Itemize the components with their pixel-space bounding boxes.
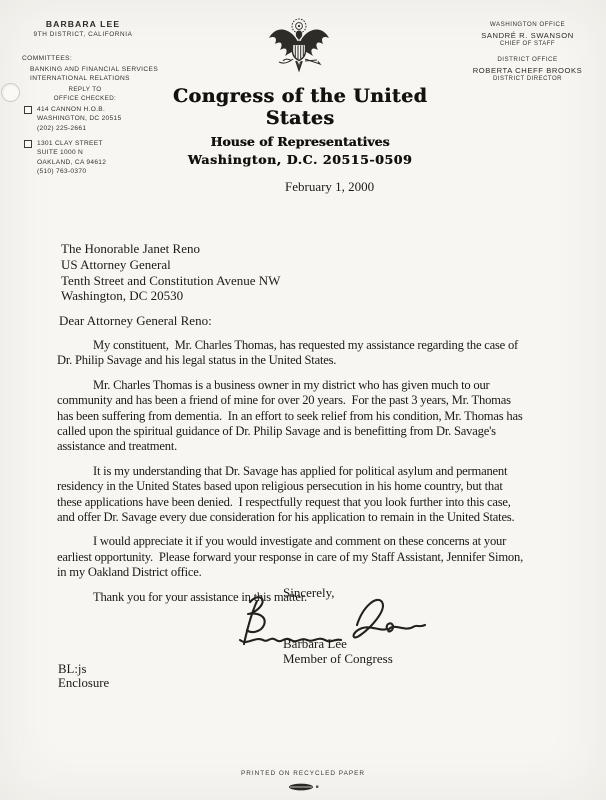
letter-body: My constituent, Mr. Charles Thomas, has … <box>57 338 577 614</box>
recycled-paper-note: PRINTED ON RECYCLED PAPER <box>0 770 606 777</box>
congress-title: Congress of the United States <box>140 85 460 129</box>
reference-block: BL:js Enclosure <box>58 663 109 691</box>
member-identity-block: BARBARA LEE 9TH DISTRICT, CALIFORNIA <box>18 19 148 38</box>
great-seal-eagle-icon <box>267 17 331 79</box>
office-address: 1301 CLAY STREET SUITE 1000 N OAKLAND, C… <box>37 139 106 177</box>
office-option-washington: 414 CANNON H.O.B. WASHINGTON, DC 20515 (… <box>24 105 121 133</box>
committees-block: COMMITTEES: BANKING AND FINANCIAL SERVIC… <box>22 54 158 84</box>
letter-date: February 1, 2000 <box>285 179 374 195</box>
capitol-address: Washington, D.C. 20515-0509 <box>140 152 460 167</box>
body-paragraph: Mr. Charles Thomas is a business owner i… <box>57 378 577 455</box>
committees-label: COMMITTEES: <box>22 54 158 64</box>
signer-title: Member of Congress <box>283 652 393 667</box>
committee-item: INTERNATIONAL RELATIONS <box>30 74 158 84</box>
scanned-letter-page: BARBARA LEE 9TH DISTRICT, CALIFORNIA COM… <box>0 0 606 800</box>
hole-punch-mark <box>1 83 20 102</box>
district-director-name: ROBERTA CHEFF BROOKS <box>455 66 600 75</box>
typist-initials: BL:js <box>58 663 109 677</box>
signer-name: Barbara Lee <box>283 637 393 652</box>
body-paragraph: My constituent, Mr. Charles Thomas, has … <box>57 338 577 369</box>
staff-block: WASHINGTON OFFICE SANDRÉ R. SWANSON CHIE… <box>455 21 600 82</box>
body-paragraph: It is my understanding that Dr. Savage h… <box>57 464 577 526</box>
body-paragraph: I would appreciate it if you would inves… <box>57 534 577 580</box>
district-office-label: DISTRICT OFFICE <box>455 56 600 63</box>
committee-item: BANKING AND FINANCIAL SERVICES <box>30 65 158 75</box>
district-director-title: DISTRICT DIRECTOR <box>455 76 600 82</box>
house-title: House of Representatives <box>140 134 460 149</box>
office-option-oakland: 1301 CLAY STREET SUITE 1000 N OAKLAND, C… <box>24 139 106 177</box>
office-checkbox <box>24 106 32 114</box>
member-name: BARBARA LEE <box>18 19 148 29</box>
chief-of-staff-name: SANDRÉ R. SWANSON <box>455 31 600 40</box>
recipient-address: The Honorable Janet Reno US Attorney Gen… <box>61 241 280 304</box>
member-district: 9TH DISTRICT, CALIFORNIA <box>18 31 148 38</box>
office-checkbox <box>24 140 32 148</box>
salutation: Dear Attorney General Reno: <box>59 313 212 329</box>
office-address: 414 CANNON H.O.B. WASHINGTON, DC 20515 (… <box>37 105 121 133</box>
letterhead-center: Congress of the United States House of R… <box>140 85 460 167</box>
enclosure-note: Enclosure <box>58 677 109 691</box>
reply-to-label: REPLY TO OFFICE CHECKED: <box>40 86 130 103</box>
recycled-logo-icon <box>288 782 328 792</box>
signer-block: Barbara Lee Member of Congress <box>283 637 393 666</box>
washington-office-label: WASHINGTON OFFICE <box>455 21 600 28</box>
